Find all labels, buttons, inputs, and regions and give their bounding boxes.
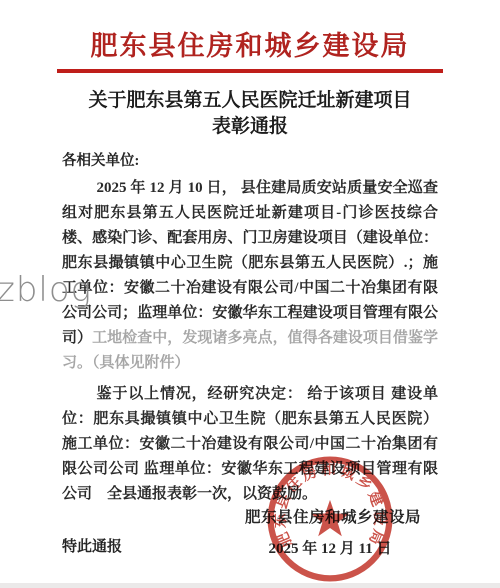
document-title-line2: 表彰通报 xyxy=(62,114,438,140)
salutation-line: 各相关单位: xyxy=(62,149,438,170)
paragraph-inspection-main: 2025 年 12 月 10 日， 县住建局质安站质量安全巡查组对肥东县第五人民… xyxy=(62,180,438,346)
document-page: zblog 肥东县住房和城乡建设局 关于肥东县第五人民医院迁址新建项目 表彰通报… xyxy=(0,0,500,588)
agency-header-title: 肥东县住房和城乡建设局 xyxy=(62,28,438,64)
page-bottom-edge xyxy=(0,583,500,588)
header-divider-rule xyxy=(57,69,443,73)
paragraph-inspection: 2025 年 12 月 10 日， 县住建局质安站质量安全巡查组对肥东县第五人民… xyxy=(62,176,438,376)
document-title-line1: 关于肥东县第五人民医院迁址新建项目 xyxy=(62,88,438,114)
seal-star-icon xyxy=(311,500,349,536)
watermark-zblog: zblog xyxy=(0,270,92,310)
paragraph-inspection-gray-note: 工地检查中，发现诸多亮点，值得各建设项目借鉴学习。（具体见附件） xyxy=(62,330,438,371)
document-title: 关于肥东县第五人民医院迁址新建项目 表彰通报 xyxy=(62,88,438,140)
official-seal: 肥东县住房和城乡建设局 xyxy=(263,452,397,586)
